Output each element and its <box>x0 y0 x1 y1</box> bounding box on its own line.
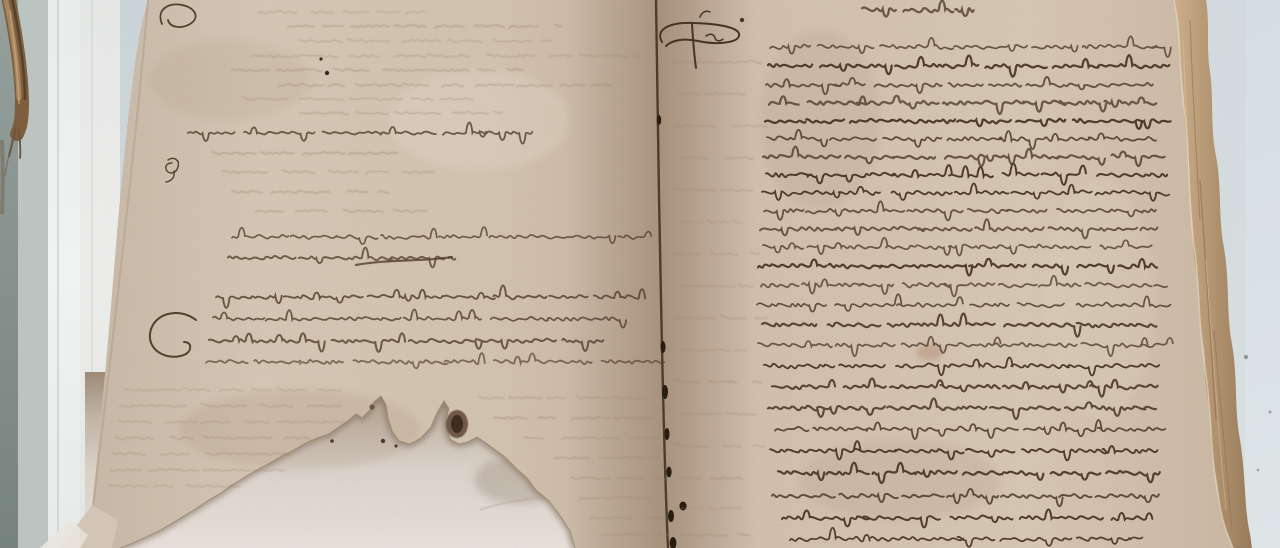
manuscript-photo <box>0 0 1280 548</box>
paper-grain <box>80 0 1245 548</box>
manuscript-photo-svg <box>0 0 1280 548</box>
